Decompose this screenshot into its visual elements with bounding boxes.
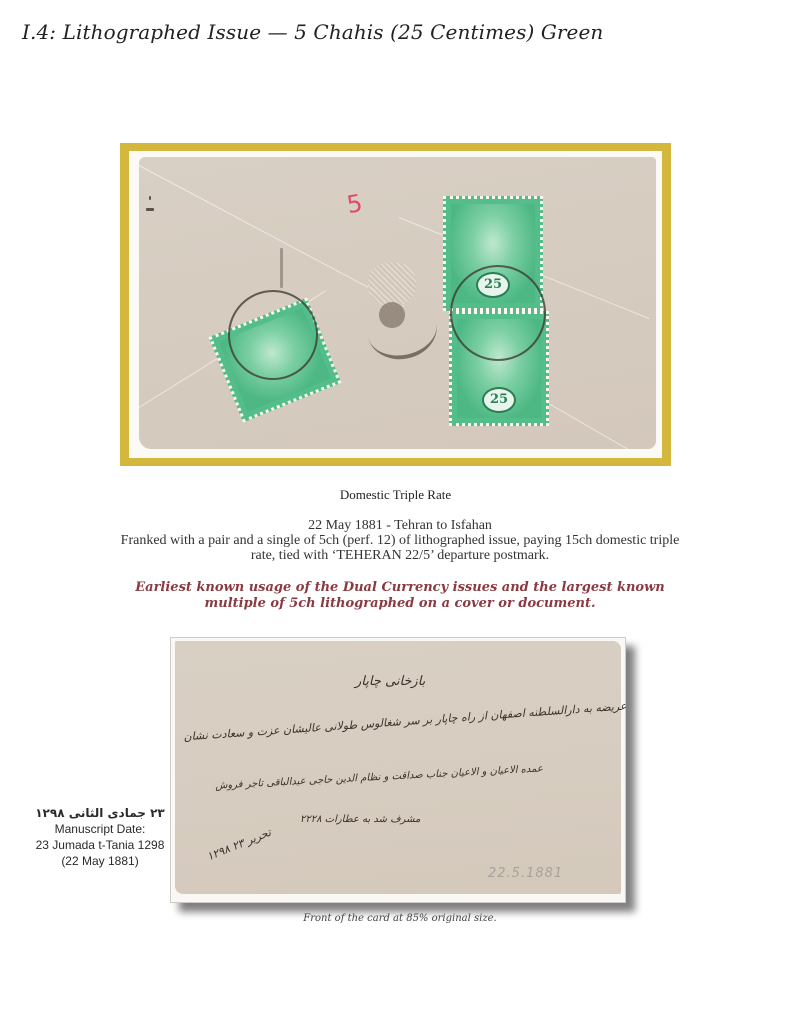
caption-body: 22 May 1881 - Tehran to Isfahan Franked … [110, 518, 690, 563]
teheran-postmark [450, 265, 546, 361]
caption-highlight: Earliest known usage of the Dual Currenc… [110, 580, 690, 612]
pencil-date: 22.5.1881 [488, 866, 563, 881]
gregorian-date: (22 May 1881) [20, 853, 180, 869]
caption-heading: Domestic Triple Rate [0, 487, 791, 503]
manuscript-date-label: Manuscript Date: [20, 821, 180, 837]
hijri-date: 23 Jumada t-Tania 1298 [20, 837, 180, 853]
caption-description: Franked with a pair and a single of 5ch … [110, 533, 690, 563]
caption-date-route: 22 May 1881 - Tehran to Isfahan [110, 518, 690, 533]
card-caption: Front of the card at 85% original size. [280, 913, 520, 924]
page-title: I.4: Lithographed Issue — 5 Chahis (25 C… [22, 20, 603, 44]
persian-date: ۲۳ جمادی الثانی ۱۲۹۸ [20, 805, 180, 821]
script-line: بازخانی چاپار [355, 674, 425, 689]
teheran-postmark [228, 290, 318, 380]
ink-mark [146, 208, 154, 211]
ink-mark [149, 196, 151, 200]
ink-mark [280, 248, 283, 288]
stamp-value: 25 [482, 387, 516, 413]
envelope-flap-line [139, 165, 404, 307]
manuscript-date-note: ۲۳ جمادی الثانی ۱۲۹۸ Manuscript Date: 23… [20, 805, 180, 869]
script-line: مشرف شد به عطارات ۲۲۲۸ [300, 814, 420, 825]
